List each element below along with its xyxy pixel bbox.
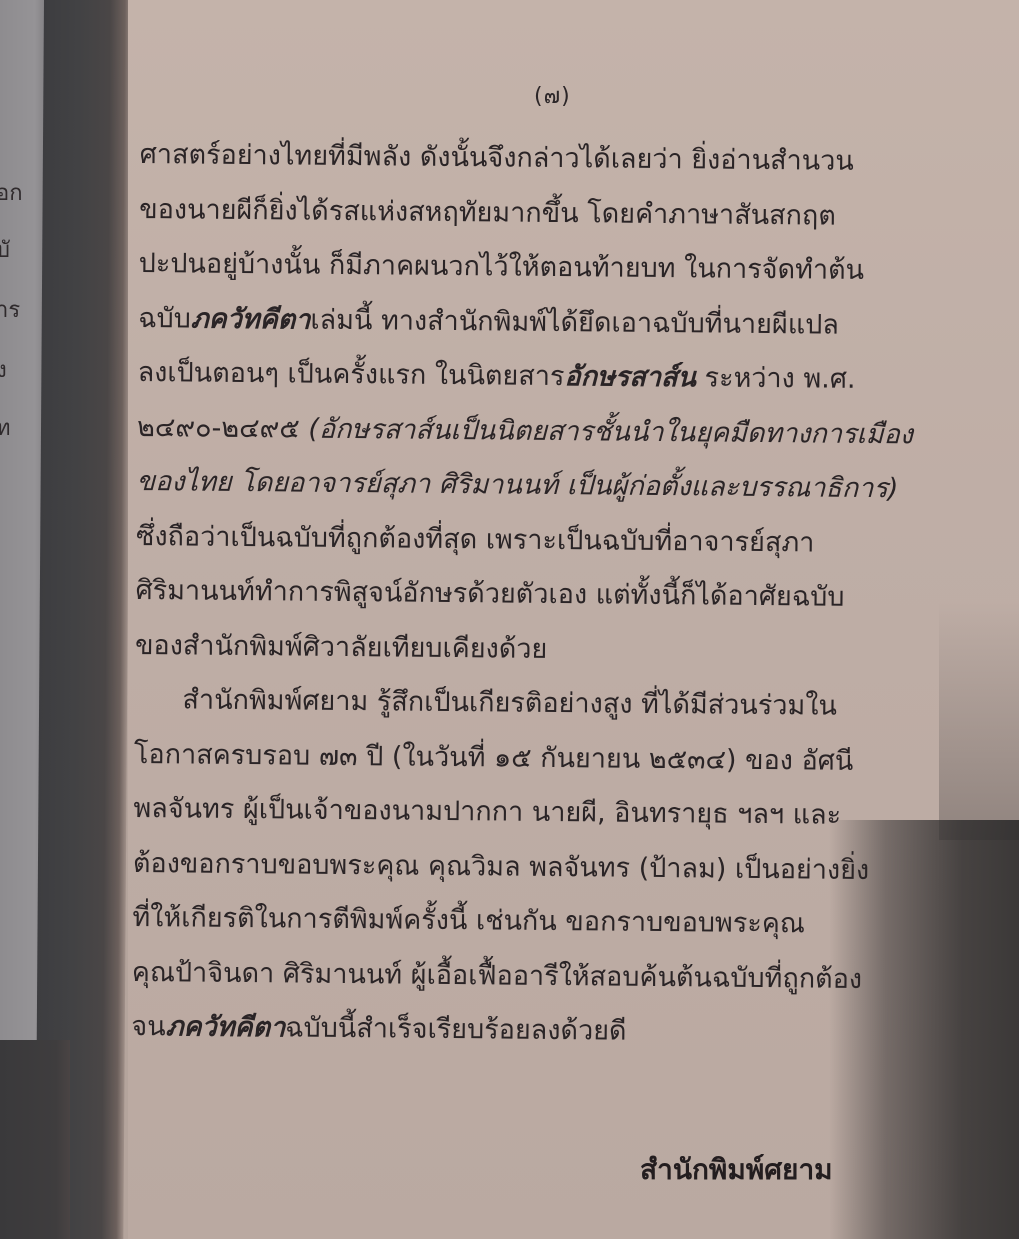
text-run: จน: [131, 1011, 166, 1042]
text-run: โอกาสครบรอบ ๗๓ ปี (ในวันที่ ๑๕ กันยายน ๒…: [134, 738, 854, 776]
text-run: ศาสตร์อย่างไทยที่มีพลัง ดังนั้นจึงกล่าวไ…: [140, 139, 854, 177]
page-number: (๗): [534, 78, 571, 113]
text-run: พลจันทร ผู้เป็นเจ้าของนามปากกา นายผี, อิ…: [133, 793, 841, 831]
text-run: เล่มนี้ ทางสำนักพิมพ์ได้ยึดเอาฉบับที่นาย…: [310, 304, 839, 340]
text-run: ระหว่าง พ.ศ.: [696, 362, 856, 395]
text-run: คุณป้าจินดา ศิริมานนท์ ผู้เอื้อเฟื้ออารี…: [132, 956, 862, 994]
text-run: ต้องขอกราบขอบพระคุณ คุณวิมล พลจันทร (ป้า…: [133, 847, 870, 885]
text-line: ที่ให้เกียรติในการตีพิมพ์ครั้งนี้ เช่นกั…: [132, 891, 982, 954]
facing-page-fragment: ง: [0, 352, 7, 387]
text-line: ศาสตร์อย่างไทยที่มีพลัง ดังนั้นจึงกล่าวไ…: [139, 128, 989, 191]
text-run: ๒๔๙๐-๒๔๙๕: [137, 411, 309, 444]
text-line: ซึ่งถือว่าเป็นฉบับที่ถูกต้องที่สุด เพราะ…: [136, 509, 986, 572]
text-line: ของสำนักพิมพ์ศิวาลัยเทียบเคียงด้วย: [135, 618, 985, 681]
text-line: ฉบับภควัทคีตาเล่มนี้ ทางสำนักพิมพ์ได้ยึด…: [138, 291, 988, 354]
text-line: พลจันทร ผู้เป็นเจ้าของนามปากกา นายผี, อิ…: [133, 782, 983, 845]
text-run: ซึ่งถือว่าเป็นฉบับที่ถูกต้องที่สุด เพราะ…: [136, 520, 815, 558]
text-run: ลงเป็นตอนๆ เป็นครั้งแรก ในนิตยสาร: [138, 357, 565, 392]
text-line: จนภควัทคีตาฉบับนี้สำเร็จเรียบร้อยลงด้วยด…: [131, 1000, 981, 1063]
facing-page-fragment: ท: [0, 410, 11, 445]
text-run: ฉบับ: [138, 302, 191, 334]
text-line: ๒๔๙๐-๒๔๙๕ (อักษรสาส์นเป็นนิตยสารชั้นนำใน…: [137, 400, 987, 463]
text-line: ลงเป็นตอนๆ เป็นครั้งแรก ในนิตยสารอักษรสา…: [137, 346, 987, 409]
text-run: ปะปนอยู่บ้างนั้น ก็มีภาคผนวกไว้ให้ตอนท้า…: [139, 248, 865, 286]
emphasized-text: อักษรสาส์น: [564, 361, 696, 393]
text-line: สำนักพิมพ์ศยาม รู้สึกเป็นเกียรติอย่างสูง…: [134, 673, 984, 736]
text-run: ศิริมานนท์ทำการพิสูจน์อักษรด้วยตัวเอง แต…: [135, 575, 844, 613]
text-line: คุณป้าจินดา ศิริมานนท์ ผู้เอื้อเฟื้ออารี…: [132, 945, 982, 1008]
emphasized-text: ภควัทคีตา: [191, 303, 311, 335]
text-line: ของนายผีก็ยิ่งได้รสแห่งสหฤทัยมากขึ้น โดย…: [139, 182, 989, 245]
text-line: โอกาสครบรอบ ๗๓ ปี (ในวันที่ ๑๕ กันยายน ๒…: [134, 727, 984, 790]
emphasized-text: ภควัทคีตา: [166, 1011, 286, 1043]
emphasized-text: (อักษรสาส์นเป็นนิตยสารชั้นนำในยุคมืดทางก…: [308, 413, 913, 450]
text-line: ศิริมานนท์ทำการพิสูจน์อักษรด้วยตัวเอง แต…: [135, 564, 985, 627]
body-text: ศาสตร์อย่างไทยที่มีพลัง ดังนั้นจึงกล่าวไ…: [131, 128, 990, 1063]
text-line: ต้องขอกราบขอบพระคุณ คุณวิมล พลจันทร (ป้า…: [133, 836, 983, 899]
text-line: ของไทย โดยอาจารย์สุภา ศิริมานนท์ เป็นผู้…: [136, 455, 986, 518]
facing-page-fragment: บั: [0, 232, 10, 267]
emphasized-text: ของไทย โดยอาจารย์สุภา ศิริมานนท์ เป็นผู้…: [136, 466, 898, 504]
facing-page-fragment: อก: [0, 175, 23, 210]
text-run: ของสำนักพิมพ์ศิวาลัยเทียบเคียงด้วย: [135, 629, 548, 664]
facing-page-fragment: าร: [0, 292, 20, 327]
publisher-signature: สำนักพิมพ์ศยาม: [640, 1148, 833, 1192]
text-run: ฉบับนี้สำเร็จเรียบร้อยลงด้วยดี: [285, 1012, 627, 1046]
book-binding-shadow: [0, 1040, 70, 1239]
text-run: ที่ให้เกียรติในการตีพิมพ์ครั้งนี้ เช่นกั…: [132, 902, 805, 939]
text-run: สำนักพิมพ์ศยาม รู้สึกเป็นเกียรติอย่างสูง…: [182, 684, 837, 721]
text-line: ปะปนอยู่บ้างนั้น ก็มีภาคผนวกไว้ให้ตอนท้า…: [138, 237, 988, 300]
text-run: ของนายผีก็ยิ่งได้รสแห่งสหฤทัยมากขึ้น โดย…: [139, 193, 836, 231]
